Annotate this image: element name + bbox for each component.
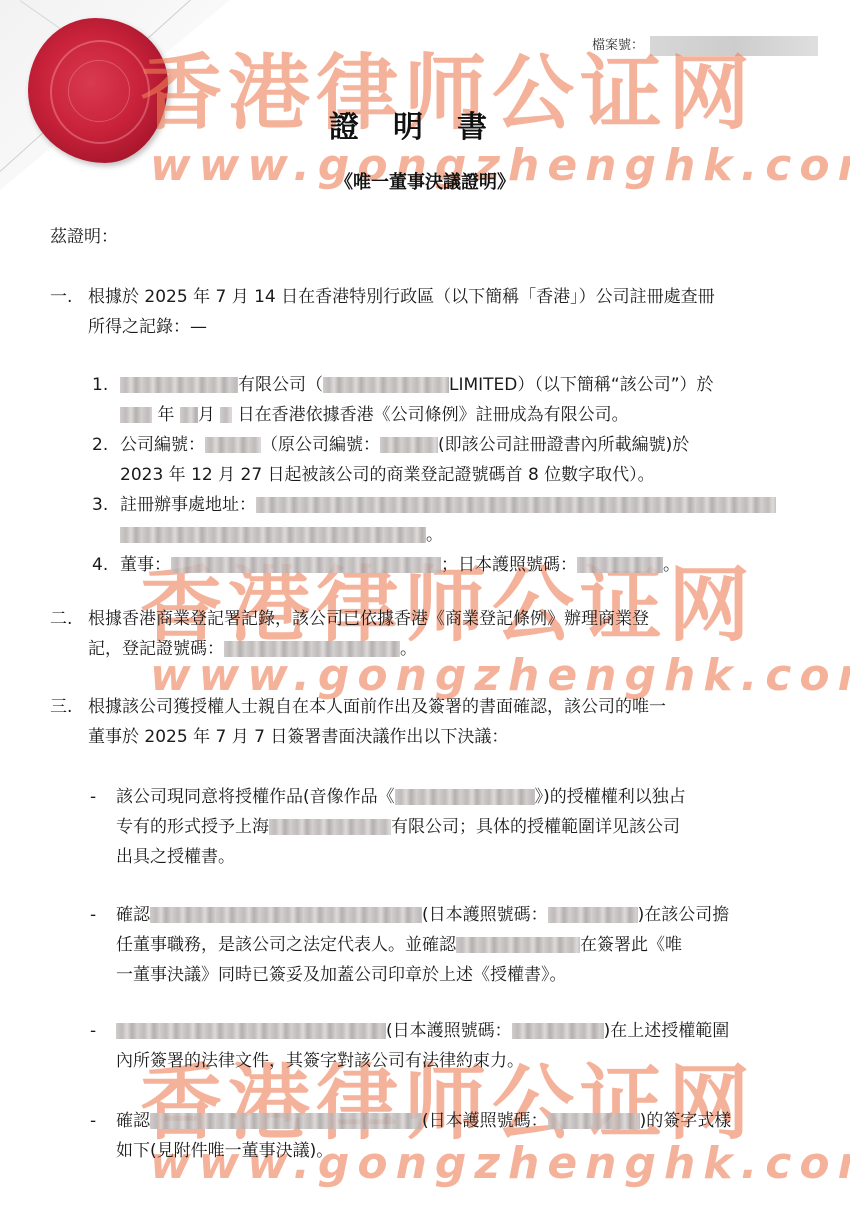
- file-number: 檔案號：: [592, 34, 818, 56]
- bullet-1-line-2: 专有的形式授予上海有限公司；具体的授權範圍详见該公司: [116, 812, 680, 842]
- redacted-br-number: [224, 641, 400, 657]
- bullet-1-line-3: 出具之授權書。: [116, 842, 235, 872]
- item-2-line-2: 2023 年 12 月 27 日起被該公司的商業登記證號碼首 8 位數字取代）。: [120, 460, 655, 490]
- bullet-2-line-1: 確認(日本護照號碼：)在該公司擔: [116, 900, 729, 930]
- redacted-licensee-name: [269, 819, 391, 835]
- item-4-marker: 4.: [92, 550, 108, 580]
- section-1-line: 所得之記錄：—: [88, 312, 207, 342]
- bullet-1-line-1: 該公司現同意将授權作品(音像作品《》)的授權權利以独占: [116, 782, 686, 812]
- item-4-line-1: 董事：；日本護照號碼：。: [120, 550, 680, 580]
- document-subtitle: 《唯一董事決議證明》: [0, 168, 850, 194]
- bullet-2-marker: -: [90, 900, 96, 930]
- redacted-passport-number: [577, 557, 663, 573]
- section-1-line: 根據於 2025 年 7 月 14 日在香港特別行政區（以下簡稱「香港」）公司註…: [88, 282, 715, 312]
- item-3-line-2: 。: [120, 520, 443, 550]
- redacted-year: [120, 407, 152, 423]
- item-1-line-1: 有限公司（LIMITED）（以下簡稱“該公司”）於: [120, 370, 714, 400]
- bullet-4-line-2: 如下(見附件唯一董事決議)。: [116, 1136, 333, 1166]
- bullet-1-marker: -: [90, 782, 96, 812]
- bullet-4-marker: -: [90, 1106, 96, 1136]
- bullet-2-line-2: 任董事職務，是該公司之法定代表人。並確認在簽署此《唯: [116, 930, 682, 960]
- redacted-file-number: [650, 36, 818, 56]
- redacted-work-title: [395, 789, 535, 805]
- redacted-director-name: [116, 1023, 386, 1039]
- intro-text: 茲證明：: [50, 222, 118, 252]
- bullet-4-line-1: 確認(日本護照號碼：)的簽字式樣: [116, 1106, 731, 1136]
- section-2-marker: 二.: [50, 604, 72, 634]
- file-number-label: 檔案號：: [592, 38, 644, 53]
- item-1-line-2: 年 月 日在香港依據香港《公司條例》註冊成為有限公司。: [120, 400, 629, 430]
- redacted-director-name: [456, 937, 580, 953]
- item-2-line-1: 公司編號：（原公司編號：(即該公司註冊證書內所載編號)於: [120, 430, 689, 460]
- item-2-marker: 2.: [92, 430, 108, 460]
- redacted-month: [180, 407, 198, 423]
- section-2-line-1: 根據香港商業登記署記錄，該公司已依據香港《商業登記條例》辦理商業登: [88, 604, 649, 634]
- item-3-line-1: 註冊辦事處地址：: [120, 490, 776, 520]
- section-3-line: 根據該公司獲授權人士親自在本人面前作出及簽署的書面確認，該公司的唯一: [88, 692, 666, 722]
- redacted-original-number: [380, 437, 438, 453]
- bullet-3-marker: -: [90, 1016, 96, 1046]
- redacted-company-name-en: [323, 377, 449, 393]
- item-1-marker: 1.: [92, 370, 108, 400]
- redacted-passport-number: [548, 907, 638, 923]
- document-title: 證明書: [0, 102, 850, 146]
- section-1-marker: 一.: [50, 282, 72, 312]
- bullet-3-line-2: 內所簽署的法律文件，其簽字對該公司有法律約束力。: [116, 1046, 524, 1076]
- section-3-marker: 三.: [50, 692, 72, 722]
- redacted-address: [256, 497, 776, 513]
- redacted-company-name-cn: [120, 377, 238, 393]
- redacted-director-name: [150, 907, 422, 923]
- bullet-2-line-3: 一董事決議》同時已簽妥及加蓋公司印章於上述《授權書》。: [116, 960, 567, 990]
- redacted-address-cont: [120, 527, 426, 543]
- redacted-day: [220, 407, 232, 423]
- item-3-marker: 3.: [92, 490, 108, 520]
- section-2-line-2: 記，登記證號碼：。: [88, 634, 417, 664]
- redacted-director-name: [171, 557, 441, 573]
- redacted-director-name: [150, 1113, 422, 1129]
- bullet-3-line-1: (日本護照號碼：)在上述授權範圍: [116, 1016, 729, 1046]
- redacted-passport-number: [512, 1023, 604, 1039]
- redacted-company-number: [205, 437, 261, 453]
- section-3-line: 董事於 2025 年 7 月 7 日簽署書面決議作出以下決議：: [88, 722, 508, 752]
- redacted-passport-number: [548, 1113, 640, 1129]
